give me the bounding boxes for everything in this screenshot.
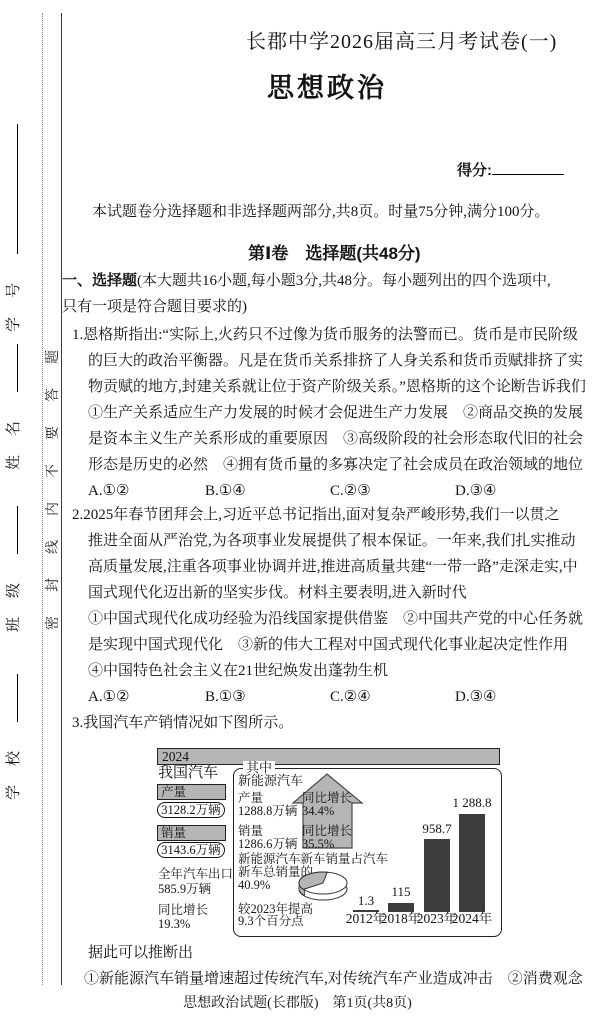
- question-3-inference-line: ①新能源汽车销量增速超过传统汽车,对传统汽车产业造成冲击 ②消费观念: [84, 967, 583, 988]
- field-name-label: 姓名: [6, 402, 22, 470]
- option-d: D.③④: [455, 478, 496, 504]
- question-1-line: 是资本主义生产关系形成的重要原因 ③高级阶段的社会形态取代旧的社会: [72, 426, 577, 452]
- field-student-id-label: 学号: [6, 264, 22, 332]
- question-2-options: A.①② B.①③ C.②④ D.③④: [72, 684, 577, 710]
- question-2-line: ④中国特色社会主义在21世纪焕发出蓬勃生机: [72, 658, 577, 684]
- field-class-label: 班级: [6, 564, 22, 632]
- question-1-line: 形态是历史的必然 ④拥有货币量的多寡决定了社会成员在政治领域的地位: [72, 452, 577, 478]
- question-2: 2.2025年春节团拜会上,习近平总书记指出,面对复杂严峻形势,我们一以贯之 推…: [72, 502, 577, 710]
- bar-value-label: 115: [371, 885, 431, 898]
- part-1-heading-rest: (本大题共16小题,每小题3分,共48分。每小题列出的四个选项中,: [137, 273, 551, 289]
- option-d: D.③④: [455, 684, 496, 710]
- bar-value-label: 958.7: [407, 822, 467, 835]
- nev-title: 新能源汽车: [238, 774, 303, 787]
- auto-statistics-figure: 2024 我国汽车 产量 3128.2万辆 销量 3143.6万辆 全年汽车出口…: [157, 746, 505, 938]
- figure-left-title: 我国汽车: [158, 767, 218, 780]
- export-line-1: 全年汽车出口: [158, 868, 233, 881]
- option-c: C.②③: [330, 478, 371, 504]
- question-1-options: A.①② B.①④ C.②③ D.③④: [72, 478, 577, 504]
- exam-page: 学号 姓名 班级 学校 密封线内不要答题 长郡中学2026届高三月考试卷(一) …: [0, 0, 595, 1025]
- page-footer: 思想政治试题(长郡版) 第1页(共8页): [0, 992, 595, 1012]
- nev-share-value: 40.9%: [238, 879, 270, 892]
- option-c: C.②④: [330, 684, 371, 710]
- subject-title: 思想政治: [267, 66, 387, 105]
- production-label-box: 产量: [157, 784, 226, 800]
- field-class-blank: [4, 506, 18, 554]
- question-2-line: 推进全面从严治党,为各项事业发展提供了根本保证。一年来,我们扎实推动: [72, 528, 577, 554]
- bar-2023: [424, 839, 450, 912]
- score-blank: [492, 160, 564, 175]
- field-school: 学校: [4, 688, 24, 800]
- question-2-line: 国式现代化迈出新的坚实步伐。材料主要表明,进入新时代: [72, 580, 577, 606]
- field-class: 班级: [4, 520, 24, 632]
- nev-compare-line-2: 9.3个百分点: [238, 915, 304, 928]
- field-school-label: 学校: [6, 732, 22, 800]
- option-b: B.①④: [205, 478, 246, 504]
- nev-sales-value: 1286.6万辆: [238, 838, 297, 851]
- field-student-id-blank: [4, 124, 18, 254]
- option-b: B.①③: [205, 684, 246, 710]
- question-1-line: 1.恩格斯指出:“实际上,火药只不过像为货币服务的法警而已。货币是市民阶级: [72, 322, 577, 348]
- field-student-id: 学号: [4, 132, 24, 332]
- sales-value-box: 3143.6万辆: [157, 842, 225, 858]
- question-3-intro: 3.我国汽车产销情况如下图所示。: [72, 711, 293, 732]
- sales-label-box: 销量: [157, 825, 226, 841]
- score-field: 得分:: [457, 159, 564, 180]
- nev-production-value: 1288.8万辆: [238, 805, 297, 818]
- section-1-title: 第Ⅰ卷 选择题(共48分): [248, 239, 421, 264]
- question-2-line: 高质量发展,注重各项事业协调并进,推进高质量共建“一带一路”走深走实,中: [72, 554, 577, 580]
- export-growth-line-1: 同比增长: [158, 904, 208, 917]
- question-2-line: 是实现中国式现代化 ③新的伟大工程对中国式现代化事业起决定性作用: [72, 632, 577, 658]
- export-growth-line-2: 19.3%: [158, 918, 190, 931]
- part-1-heading: 一、选择题(本大题共16小题,每小题3分,共48分。每小题列出的四个选项中, 只…: [62, 268, 551, 320]
- production-value-box: 3128.2万辆: [157, 802, 225, 818]
- score-label: 得分:: [457, 162, 492, 179]
- question-1: 1.恩格斯指出:“实际上,火药只不过像为货币服务的法警而已。货币是市民阶级 的巨…: [72, 322, 577, 504]
- field-name-blank: [4, 344, 18, 392]
- bar-value-label: 1 288.8: [442, 796, 502, 809]
- option-a: A.①②: [88, 684, 129, 710]
- exam-title: 长郡中学2026届高三月考试卷(一): [246, 25, 557, 54]
- question-2-line: ①中国式现代化成功经验为沿线国家提供借鉴 ②中国共产党的中心任务就: [72, 606, 577, 632]
- question-1-line: 物贡赋的地方,封建关系就让位于资产阶级关系。”恩格斯的这个论断告诉我们: [72, 374, 577, 400]
- export-line-2: 585.9万辆: [158, 883, 211, 896]
- option-a: A.①②: [88, 478, 129, 504]
- nev-sales-growth-value: 35.5%: [302, 838, 334, 851]
- seal-text: 密封线内不要答题: [46, 298, 62, 630]
- question-1-line: ①生产关系适应生产力发展的时候才会促进生产力发展 ②商品交换的发展: [72, 400, 577, 426]
- part-1-heading-line-1: 一、选择题(本大题共16小题,每小题3分,共48分。每小题列出的四个选项中,: [62, 268, 551, 294]
- nev-production-growth-value: 34.4%: [302, 805, 334, 818]
- question-2-line: 2.2025年春节团拜会上,习近平总书记指出,面对复杂严峻形势,我们一以贯之: [72, 502, 577, 528]
- figure-year-header: 2024: [157, 748, 500, 765]
- part-1-heading-bold: 一、选择题: [62, 272, 137, 289]
- bar-x-label: 2024年: [447, 912, 497, 925]
- question-3-conclusion: 据此可以推断出: [88, 941, 193, 962]
- seal-dotted-line: [42, 13, 43, 985]
- question-1-line: 的巨大的政治平衡器。凡是在货币关系排挤了人身关系和货币贡赋排挤了实: [72, 348, 577, 374]
- part-1-heading-line-2: 只有一项是符合题目要求的): [62, 294, 551, 320]
- paper-instructions: 本试题卷分选择题和非选择题两部分,共8页。时量75分钟,满分100分。: [92, 200, 550, 221]
- field-name: 姓名: [4, 360, 24, 470]
- field-school-blank: [4, 674, 18, 722]
